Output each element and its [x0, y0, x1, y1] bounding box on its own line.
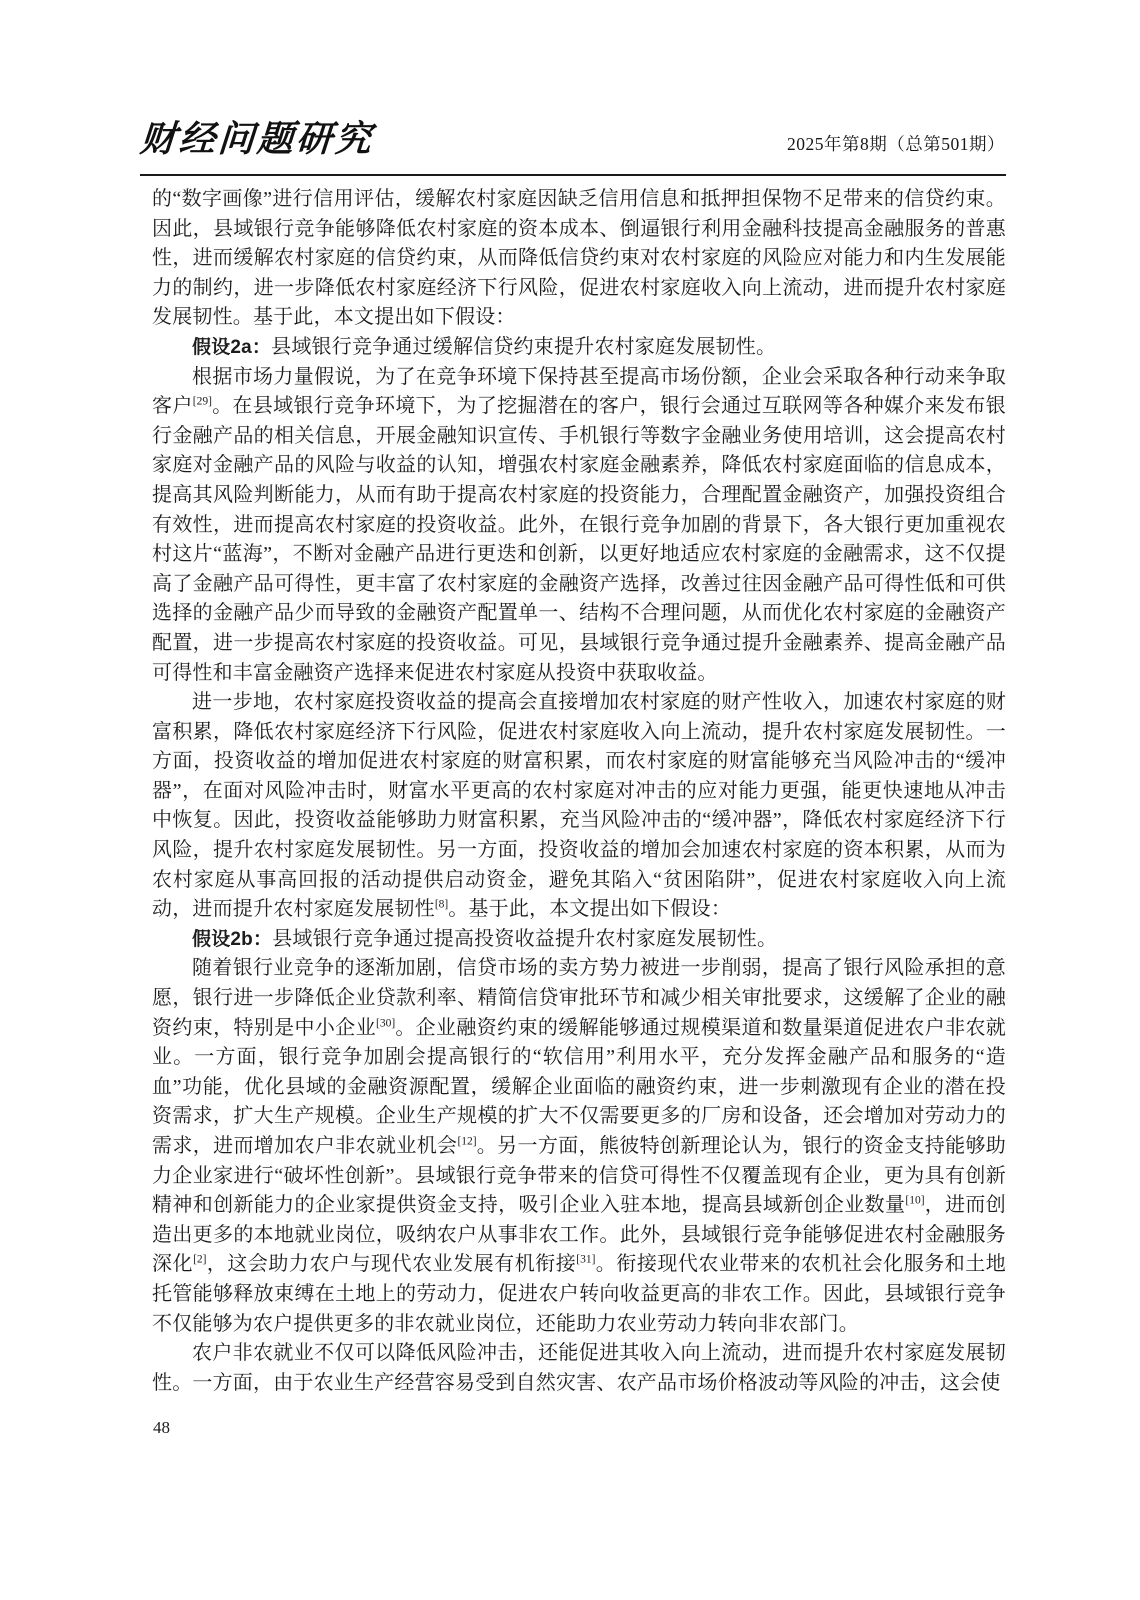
header-rule: [140, 174, 1006, 176]
journal-logo: 财经问题研究: [139, 120, 376, 160]
citation-ref: [10]: [905, 1195, 924, 1207]
paragraph-continuation: 的“数字画像”进行信用评估，缓解农村家庭因缺乏信用信息和抵押担保物不足带来的信贷…: [152, 185, 1006, 333]
hypothesis-label: 假设2a：: [192, 337, 271, 358]
citation-ref: [8]: [435, 899, 448, 911]
hypothesis-2a: 假设2a：县域银行竞争通过缓解信贷约束提升农村家庭发展韧性。: [152, 333, 1006, 363]
page-header: 财经问题研究 2025年第8期（总第501期）: [140, 120, 1005, 160]
text-run: 县域银行竞争通过缓解信贷约束提升农村家庭发展韧性。: [271, 336, 776, 358]
text-run: 进一步地，农村家庭投资收益的提高会直接增加农村家庭的财产性收入，加速农村家庭的财…: [152, 691, 1006, 920]
text-run: 农户非农就业不仅可以降低风险冲击，还能促进其收入向上流动，进而提升农村家庭发展韧…: [152, 1342, 1006, 1394]
citation-ref: [29]: [193, 396, 212, 408]
hypothesis-label: 假设2b：: [192, 929, 272, 950]
text-run: ，这会助力农户与现代农业发展有机衔接: [206, 1253, 576, 1275]
paragraph-bank-competition-employment: 随着银行业竞争的逐渐加剧，信贷市场的卖方势力被进一步削弱，提高了银行风险承担的意…: [152, 954, 1006, 1339]
paragraph-market-power: 根据市场力量假说，为了在竞争环境下保持甚至提高市场份额，企业会采取各种行动来争取…: [152, 363, 1006, 689]
paragraph-nonfarm-employment: 农户非农就业不仅可以降低风险冲击，还能促进其收入向上流动，进而提升农村家庭发展韧…: [152, 1339, 1006, 1398]
paragraph-investment-return: 进一步地，农村家庭投资收益的提高会直接增加农村家庭的财产性收入，加速农村家庭的财…: [152, 688, 1006, 925]
page-number: 48: [153, 1418, 170, 1438]
hypothesis-2b: 假设2b：县域银行竞争通过提高投资收益提升农村家庭发展韧性。: [152, 925, 1006, 955]
article-body: 的“数字画像”进行信用评估，缓解农村家庭因缺乏信用信息和抵押担保物不足带来的信贷…: [152, 185, 1006, 1398]
issue-info: 2025年第8期（总第501期）: [787, 131, 1005, 160]
citation-ref: [12]: [457, 1135, 476, 1147]
text-run: 县域银行竞争通过提高投资收益提升农村家庭发展韧性。: [272, 928, 777, 950]
text-run: 。在县域银行竞争环境下，为了挖掘潜在的客户，银行会通过互联网等各种媒介来发布银行…: [152, 395, 1006, 683]
text-run: 。基于此，本文提出如下假设：: [448, 898, 731, 920]
text-run: 的“数字画像”进行信用评估，缓解农村家庭因缺乏信用信息和抵押担保物不足带来的信贷…: [152, 188, 1006, 328]
citation-ref: [2]: [193, 1254, 206, 1266]
citation-ref: [31]: [576, 1254, 595, 1266]
journal-page: 财经问题研究 2025年第8期（总第501期） 的“数字画像”进行信用评估，缓解…: [0, 0, 1140, 1600]
citation-ref: [30]: [376, 1017, 395, 1029]
